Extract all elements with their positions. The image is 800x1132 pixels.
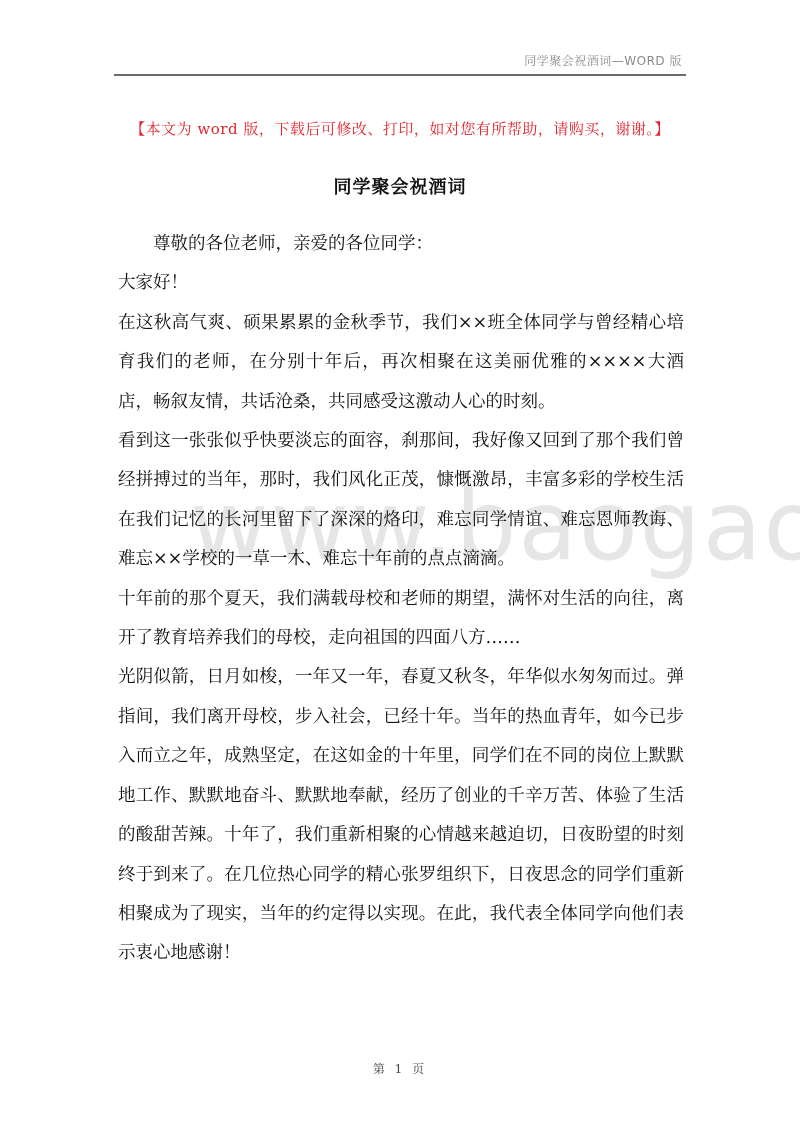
document-title: 同学聚会祝酒词 bbox=[0, 173, 800, 199]
running-header-title: 同学聚会祝酒词—WORD 版 bbox=[524, 52, 682, 69]
body-paragraph: 光阴似箭，日月如梭，一年又一年，春夏又秋冬，年华似水匆匆而过。弹指间，我们离开母… bbox=[118, 658, 684, 973]
body-paragraph: 在这秋高气爽、硕果累累的金秋季节，我们××班全体同学与曾经精心培育我们的老师，在… bbox=[118, 304, 684, 422]
document-body: 尊敬的各位老师，亲爱的各位同学： 大家好！ 在这秋高气爽、硕果累累的金秋季节，我… bbox=[118, 225, 684, 974]
body-paragraph: 看到这一张张似乎快要淡忘的面容，刹那间，我好像又回到了那个我们曾经拼搏过的当年，… bbox=[118, 422, 684, 580]
header-divider bbox=[114, 74, 686, 76]
purchase-notice: 【本文为 word 版，下载后可修改、打印，如对您有所帮助，请购买，谢谢。】 bbox=[0, 118, 800, 139]
page-number: 第 1 页 bbox=[0, 1060, 800, 1077]
salutation: 尊敬的各位老师，亲爱的各位同学： bbox=[118, 225, 684, 264]
body-paragraph: 十年前的那个夏天，我们满载母校和老师的期望，满怀对生活的向往，离开了教育培养我们… bbox=[118, 580, 684, 659]
greeting: 大家好！ bbox=[118, 264, 684, 303]
